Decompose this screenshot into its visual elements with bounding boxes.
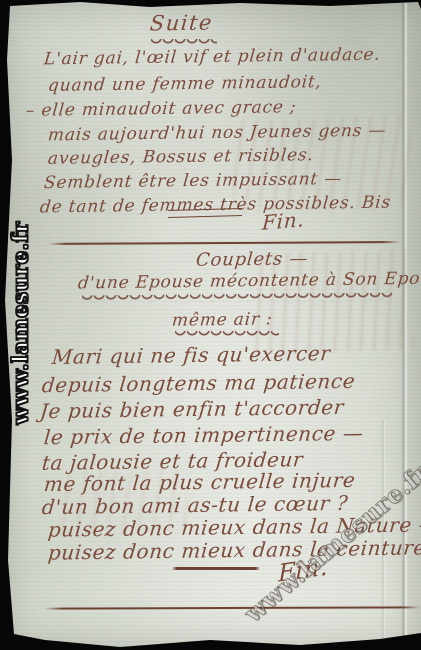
verse-line: Mari qui ne fis qu'exercer (51, 341, 332, 369)
verse-line: – elle minaudoit avec grace ; (25, 97, 297, 121)
section2-air: même air : (171, 309, 273, 330)
paper-sheet: Suite L'air gai, l'œil vif et plein d'au… (0, 0, 421, 650)
title-underline-flourish (151, 39, 217, 46)
verse-line: Semblent être les impuissant — (43, 169, 343, 193)
verse-line: depuis longtems ma patience (41, 369, 356, 397)
section1-fin: Fin. (261, 207, 305, 235)
verse-line: le prix de ton impertinence — (43, 421, 365, 449)
air-flourish (175, 331, 279, 338)
verse-line: aveugles, Bossus et risibles. (47, 145, 314, 169)
end-underline (172, 567, 260, 570)
verse-line: quand une femme minaudoit, (47, 72, 323, 96)
scanned-manuscript-photo: Suite L'air gai, l'œil vif et plein d'au… (0, 0, 421, 650)
section1-title: Suite (149, 11, 214, 36)
verse-line: Je puis bien enfin t'accorder (39, 395, 345, 423)
section2-title: Couplets — (195, 248, 309, 271)
